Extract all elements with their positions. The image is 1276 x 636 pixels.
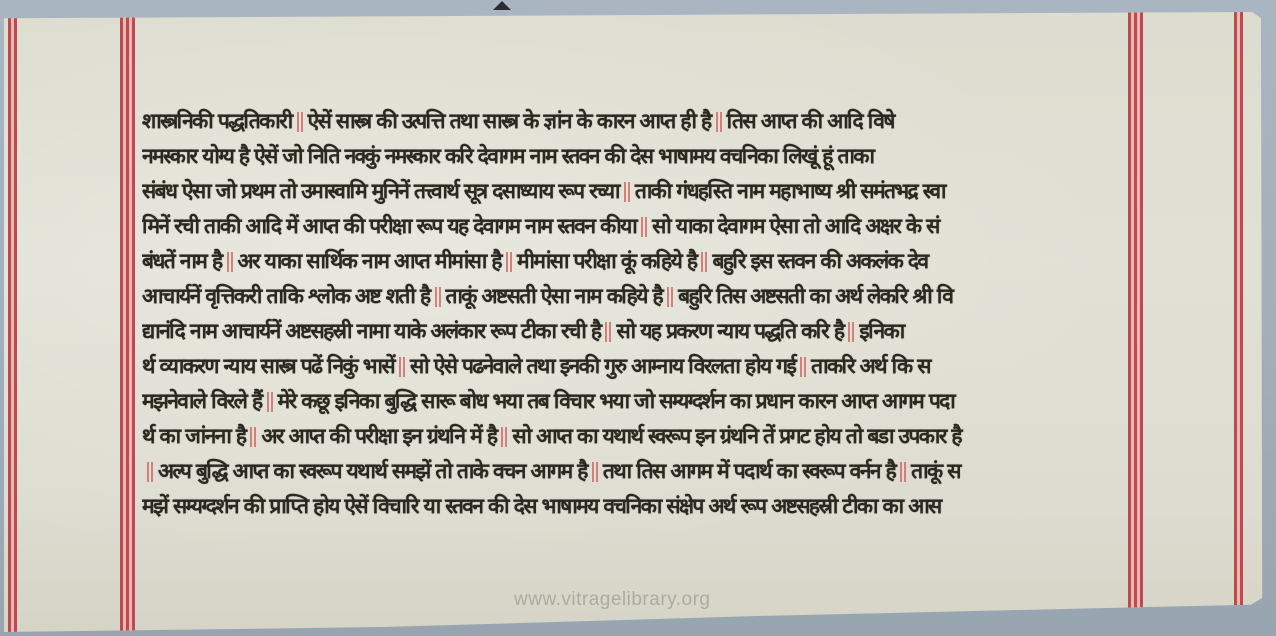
double-danda-marker	[592, 462, 598, 482]
line-text: मीमांसा परीक्षा कूं कहिये है	[517, 249, 697, 273]
backdrop-speck	[493, 1, 511, 10]
manuscript-line: मझें सम्यग्दर्शन की प्राप्ति होय ऐसें वि…	[142, 489, 1132, 524]
line-text: ऐसें सास्त्र की उत्पत्ति तथा सास्त्र के …	[308, 109, 711, 133]
line-text: र्थ का जांनना है	[142, 424, 245, 448]
manuscript-line: संबंध ऐसा जो प्रथम तो उमास्वामि मुनिनें …	[142, 174, 1132, 209]
double-danda-marker	[506, 252, 512, 272]
line-text: नमस्कार योग्य है ऐसें जो निति नक्कुं नमस…	[142, 144, 873, 168]
line-text: संबंध ऐसा जो प्रथम तो उमास्वामि मुनिनें …	[142, 179, 619, 203]
line-text: अर आप्त की परीक्षा इन ग्रंथनि में है	[261, 424, 496, 448]
double-danda-marker	[716, 112, 722, 132]
double-danda-marker	[848, 322, 854, 342]
line-text: मझनेवाले विरले हैं	[142, 389, 262, 413]
line-text: ताकूं अष्टसती ऐसा नाम कहिये है	[446, 284, 663, 308]
double-danda-marker	[800, 357, 806, 377]
line-text: तथा तिस आगम में पदार्थ का स्वरूप वर्नन ह…	[603, 459, 895, 483]
line-text: बंधतें नाम है	[142, 249, 222, 273]
double-danda-marker	[900, 462, 906, 482]
manuscript-text: शास्त्रनिकी पद्धतिकारीऐसें सास्त्र की उत…	[142, 104, 1132, 524]
line-text: अल्प बुद्धि आप्त का स्वरूप यथार्थ समझें …	[158, 459, 587, 483]
line-text: मेरे कछू इनिका बुद्धि सारू बोध भया तब वि…	[278, 389, 955, 413]
double-danda-marker	[297, 112, 303, 132]
double-danda-marker	[227, 252, 233, 272]
line-text: तिस आप्त की आदि विषे	[727, 109, 894, 133]
watermark: www.vitragelibrary.org	[514, 589, 710, 611]
line-text: अर याका सार्थिक नाम आप्त मीमांसा है	[238, 249, 501, 273]
right-outer-margin-rule	[1234, 12, 1246, 632]
manuscript-folio: शास्त्रनिकी पद्धतिकारीऐसें सास्त्र की उत…	[4, 12, 1266, 632]
manuscript-line: मिनें रची ताकी आदि में आप्त की परीक्षा र…	[142, 209, 1132, 244]
line-text: बहुरि तिस अष्टसती का अर्थ लेकरि श्री वि	[678, 284, 952, 308]
manuscript-line: र्थ व्याकरण न्याय सास्त्र पढें निकुं भास…	[142, 349, 1132, 384]
line-text: सो आप्त का यथार्थ स्वरूप इन ग्रंथनि तें …	[512, 424, 961, 448]
line-text: द्यानंदि नाम आचार्यनें अष्टसहस्री नामा य…	[142, 319, 600, 343]
double-danda-marker	[147, 462, 153, 482]
manuscript-line: बंधतें नाम हैअर याका सार्थिक नाम आप्त मी…	[142, 244, 1132, 279]
left-inner-margin-rule	[120, 12, 142, 632]
manuscript-line: मझनेवाले विरले हैंमेरे कछू इनिका बुद्धि …	[142, 384, 1132, 419]
manuscript-line: आचार्यनें वृत्तिकरी ताकि श्लोक अष्ट शती …	[142, 279, 1132, 314]
line-text: सो ऐसे पढनेवाले तथा इनकी गुरु आम्नाय विर…	[410, 354, 795, 378]
double-danda-marker	[435, 287, 441, 307]
manuscript-line: शास्त्रनिकी पद्धतिकारीऐसें सास्त्र की उत…	[142, 104, 1132, 139]
line-text: ताकरि अर्थ कि स	[811, 354, 930, 378]
line-text: सो यह प्रकरण न्याय पद्धति करि है	[616, 319, 843, 343]
double-danda-marker	[501, 427, 507, 447]
double-danda-marker	[641, 217, 647, 237]
line-text: बहुरि इस स्तवन की अकलंक देव	[712, 249, 927, 273]
manuscript-line: नमस्कार योग्य है ऐसें जो निति नक्कुं नमस…	[142, 139, 1132, 174]
left-outer-margin-rule	[8, 12, 22, 632]
double-danda-marker	[605, 322, 611, 342]
manuscript-line: अल्प बुद्धि आप्त का स्वरूप यथार्थ समझें …	[142, 454, 1132, 489]
line-text: ताकी गंधहस्ति नाम महाभाष्य श्री समंतभद्र…	[635, 179, 945, 203]
line-text: र्थ व्याकरण न्याय सास्त्र पढें निकुं भास…	[142, 354, 394, 378]
manuscript-line: द्यानंदि नाम आचार्यनें अष्टसहस्री नामा य…	[142, 314, 1132, 349]
line-text: इनिका	[859, 319, 903, 343]
double-danda-marker	[624, 182, 630, 202]
line-text: आचार्यनें वृत्तिकरी ताकि श्लोक अष्ट शती …	[142, 284, 430, 308]
double-danda-marker	[250, 427, 256, 447]
double-danda-marker	[667, 287, 673, 307]
manuscript-line: र्थ का जांनना हैअर आप्त की परीक्षा इन ग्…	[142, 419, 1132, 454]
line-text: सो याका देवागम ऐसा तो आदि अक्षर के सं	[652, 214, 939, 238]
line-text: मझें सम्यग्दर्शन की प्राप्ति होय ऐसें वि…	[142, 494, 941, 518]
double-danda-marker	[701, 252, 707, 272]
double-danda-marker	[267, 392, 273, 412]
line-text: मिनें रची ताकी आदि में आप्त की परीक्षा र…	[142, 214, 636, 238]
double-danda-marker	[399, 357, 405, 377]
line-text: शास्त्रनिकी पद्धतिकारी	[142, 109, 292, 133]
line-text: ताकूं स	[911, 459, 960, 483]
